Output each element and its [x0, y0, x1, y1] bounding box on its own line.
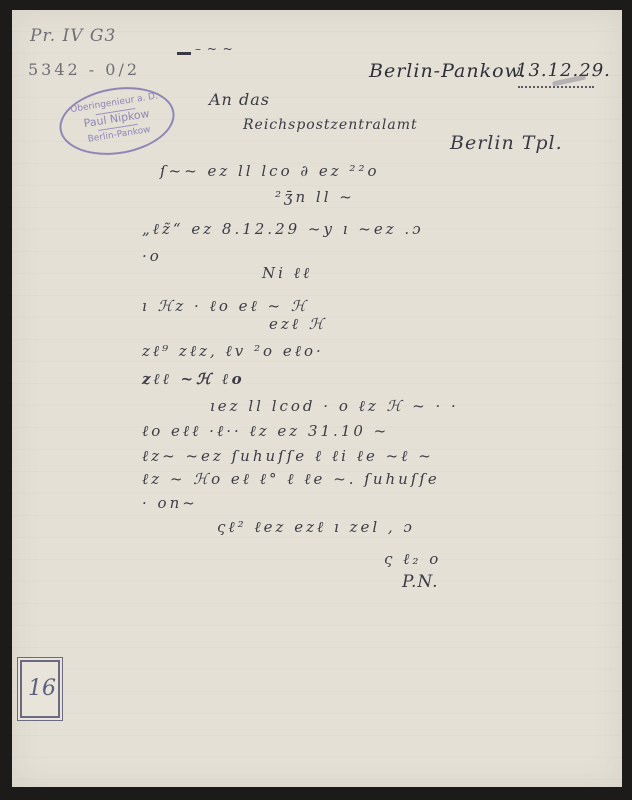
recipient-line1: An das — [209, 90, 270, 109]
body-line-15: ςℓ² ℓez ezℓ ı zel , ɔ — [217, 518, 415, 537]
body-line-9: zℓℓ ~ℋ ℓo — [142, 370, 245, 389]
body-line-11: ℓo eℓℓ ·ℓ·· ℓz ez 31.10 ~ — [142, 422, 389, 441]
folio-number: 16 — [28, 676, 56, 701]
body-line-4: ·o — [142, 247, 162, 265]
body-line-1: ſ~~ ez ll lco ∂ ez ²²o — [160, 162, 380, 180]
body-line-5: Ni ℓℓ — [262, 264, 312, 283]
signature: P.N. — [402, 572, 439, 592]
date-line: 13.12.29. — [516, 60, 611, 81]
header-dash — [177, 52, 191, 55]
header-mark: – ~ ~ — [195, 42, 234, 56]
recipient-line3: Berlin Tpl. — [450, 132, 563, 154]
folio-number-box: 16 — [20, 660, 60, 718]
archive-mark-line1: Pr. IV G3 — [30, 26, 116, 46]
body-line-6: ı ℋz · ℓo eℓ ~ ℋ — [142, 297, 309, 316]
body-line-12: ℓz~ ~ez ſuhuſſe ℓ ℓi ℓe ~ℓ ~ — [142, 447, 434, 466]
institution-stamp: Oberingenieur a. D. Paul Nipkow Berlin-P… — [55, 79, 180, 162]
body-line-2: ²ʒ̄n ll ~ — [275, 188, 355, 206]
archive-mark-line2: 5342 - 0/2 — [28, 60, 140, 79]
body-line-16: ς ℓ₂ o — [384, 550, 441, 569]
body-line-3: „ℓz̃“ ez 8.12.29 ~y ı ~ez .ɔ — [142, 220, 424, 239]
body-line-7: ezℓ ℋ — [269, 315, 327, 334]
body-line-8: zℓ⁹ zℓz, ℓv ²o eℓo· — [142, 342, 324, 361]
date-underline — [518, 86, 594, 88]
place-line: Berlin-Pankow. — [369, 60, 527, 82]
recipient-line2: Reichspostzentralamt — [243, 117, 418, 133]
body-line-13: ℓz ~ ℋo eℓ ℓ° ℓ ℓe ~. ſuhuſſe — [142, 470, 440, 489]
letter-page: Pr. IV G3 5342 - 0/2 Oberingenieur a. D.… — [12, 10, 622, 787]
body-line-14: · on~ — [142, 494, 198, 512]
body-line-10: ıez ll lcod · o ℓz ℋ ~ · · — [210, 397, 459, 416]
